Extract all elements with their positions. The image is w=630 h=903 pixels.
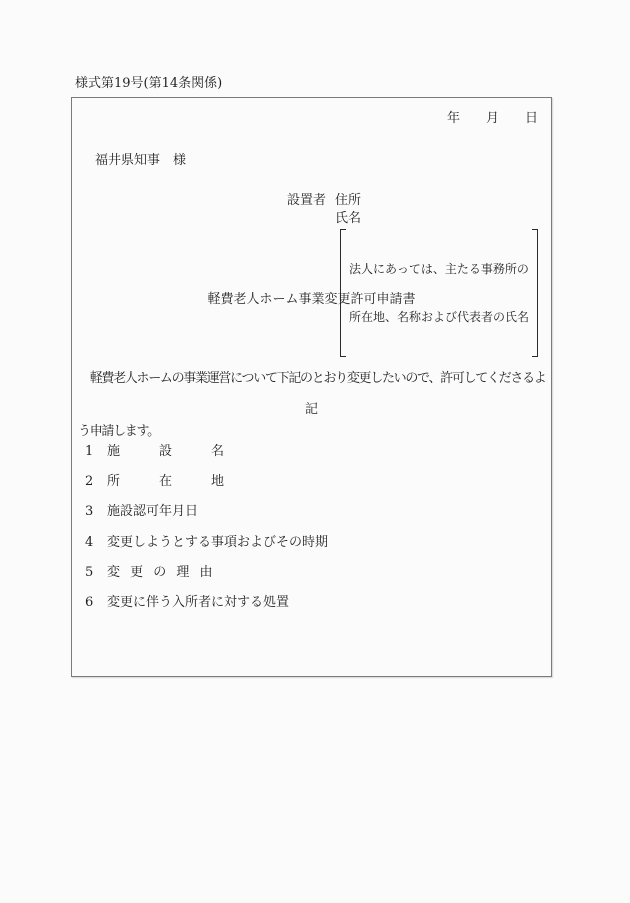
corporation-note-line1: 法人にあっては、主たる事務所の	[349, 261, 529, 277]
item-number: 1	[85, 445, 107, 458]
document-page: 様式第19号(第14条関係) 年 月 日 福井県知事 様 設置者 住所 氏名 法…	[0, 0, 630, 903]
applicant-address-label: 住所	[335, 192, 361, 210]
applicant-fields: 住所 氏名	[335, 192, 361, 228]
form-number-label: 様式第19号(第14条関係)	[75, 76, 222, 91]
item-number: 5	[85, 566, 107, 579]
list-item: 1 施 設 名	[85, 445, 328, 458]
list-item: 4 変更しようとする事項およびその時期	[85, 536, 328, 549]
application-statement-line1: 軽費老人ホームの事業運営について下記のとおり変更したいので、許可してくださるよ	[78, 370, 545, 388]
list-item: 6 変更に伴う入所者に対する処置	[85, 596, 328, 609]
applicant-block: 設置者 住所 氏名	[287, 192, 361, 228]
list-header-ki: 記	[72, 398, 551, 417]
item-label-location: 所 在 地	[107, 475, 224, 488]
corporation-note-line2: 所在地、名称および代表者の氏名	[349, 309, 529, 325]
list-item: 2 所 在 地	[85, 475, 328, 488]
item-label-approval-date: 施設認可年月日	[107, 505, 198, 518]
application-statement-line2: う申請します。	[78, 423, 545, 441]
item-number: 3	[85, 505, 107, 518]
item-label-change-reason: 変 更 の 理 由	[107, 566, 213, 579]
item-label-change-details: 変更しようとする事項およびその時期	[107, 536, 328, 549]
applicant-name-label: 氏名	[335, 210, 361, 228]
addressee-line: 福井県知事 様	[95, 149, 186, 168]
item-number: 2	[85, 475, 107, 488]
item-label-facility-name: 施 設 名	[107, 445, 224, 458]
item-label-resident-measures: 変更に伴う入所者に対する処置	[107, 596, 289, 609]
list-item: 3 施設認可年月日	[85, 505, 328, 518]
list-item: 5 変 更 の 理 由	[85, 566, 328, 579]
item-number: 6	[85, 596, 107, 609]
item-list: 1 施 設 名 2 所 在 地 3 施設認可年月日 4 変更しようとする事項およ…	[85, 445, 328, 626]
document-title: 軽費老人ホーム事業変更許可申請書	[72, 288, 551, 307]
item-number: 4	[85, 536, 107, 549]
applicant-role-label: 設置者	[287, 192, 326, 228]
form-border-box: 年 月 日 福井県知事 様 設置者 住所 氏名 法人にあっては、主たる事務所の …	[71, 97, 552, 677]
date-line: 年 月 日	[447, 107, 538, 126]
